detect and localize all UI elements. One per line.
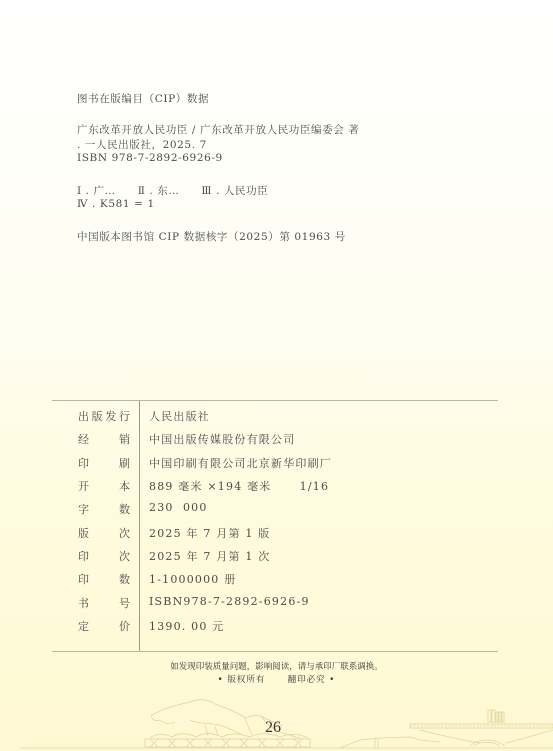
cip-classification-line2: Ⅳ . K581 = 1 (77, 198, 155, 210)
table-bottom-rule (52, 651, 498, 652)
cip-publisher-line: . 一人民出版社，2025. 7 (77, 137, 207, 152)
label-char: 销 (119, 431, 132, 447)
row-value: 人民出版社 (149, 408, 210, 424)
label-char: 刷 (119, 455, 132, 471)
row-label: 字 数 (78, 501, 132, 517)
row-value: 230 000 (149, 501, 208, 514)
row-label: 印 数 (78, 571, 132, 587)
row-value: ISBN978-7-2892-6926-9 (149, 595, 310, 608)
label-char: 定 (78, 618, 91, 634)
row-label: 出 版 发 行 (78, 408, 132, 424)
row-label: 书 号 (78, 595, 132, 611)
row-label: 印 次 (78, 548, 132, 564)
cip-title-line: 广东改革开放人民功臣 / 广东改革开放人民功臣编委会 著 (77, 122, 359, 137)
label-char: 次 (119, 525, 132, 541)
row-value: 1-1000000 册 (149, 571, 236, 587)
row-label: 经 销 (78, 431, 132, 447)
label-char: 次 (119, 548, 132, 564)
row-value: 889 毫米 ×194 毫米 1/16 (149, 478, 329, 494)
row-label: 定 价 (78, 618, 132, 634)
label-char: 印 (78, 548, 91, 564)
label-char: 出 (78, 408, 91, 424)
row-value: 中国印刷有限公司北京新华印刷厂 (149, 455, 332, 471)
label-char: 字 (78, 501, 91, 517)
label-char: 行 (119, 408, 132, 424)
label-char: 经 (78, 431, 91, 447)
label-char: 数 (119, 501, 132, 517)
label-char: 书 (78, 595, 91, 611)
label-char: 版 (78, 525, 91, 541)
row-label: 版 次 (78, 525, 132, 541)
row-value: 2025 年 7 月第 1 版 (149, 525, 270, 541)
table-top-rule (52, 400, 498, 401)
label-char: 印 (78, 571, 91, 587)
label-char: 数 (119, 571, 132, 587)
label-char: 印 (78, 455, 91, 471)
label-char: 号 (119, 595, 132, 611)
cip-heading: 图书在版编目（CIP）数据 (77, 91, 209, 106)
row-value: 1390. 00 元 (149, 618, 224, 634)
label-char: 版 (92, 408, 105, 424)
label-char: 开 (78, 478, 91, 494)
row-label: 印 刷 (78, 455, 132, 471)
classification-item: Ⅲ . 人民功臣 (201, 185, 268, 197)
cip-isbn-line: ISBN 978-7-2892-6926-9 (77, 152, 223, 164)
cip-number: 中国版本图书馆 CIP 数据核字（2025）第 01963 号 (77, 229, 346, 244)
classification-item: Ⅱ . 东… (138, 185, 180, 197)
classification-item: Ⅰ . 广… (77, 185, 116, 197)
label-char: 价 (119, 618, 132, 634)
row-value: 2025 年 7 月第 1 次 (149, 548, 270, 564)
quality-notice: 如发现印装质量问题，影响阅读，请与承印厂联系调换。 (0, 660, 553, 672)
cip-classification: Ⅰ . 广… Ⅱ . 东… Ⅲ . 人民功臣 (77, 183, 286, 198)
label-char: 发 (105, 408, 118, 424)
row-label: 开 本 (78, 478, 132, 494)
table-column-rule (139, 401, 140, 651)
copyright-notice: • 版权所有 翻印必究 • (0, 673, 553, 685)
page-number: 26 (265, 719, 281, 737)
label-char: 本 (119, 478, 132, 494)
row-value: 中国出版传媒股份有限公司 (149, 431, 295, 447)
